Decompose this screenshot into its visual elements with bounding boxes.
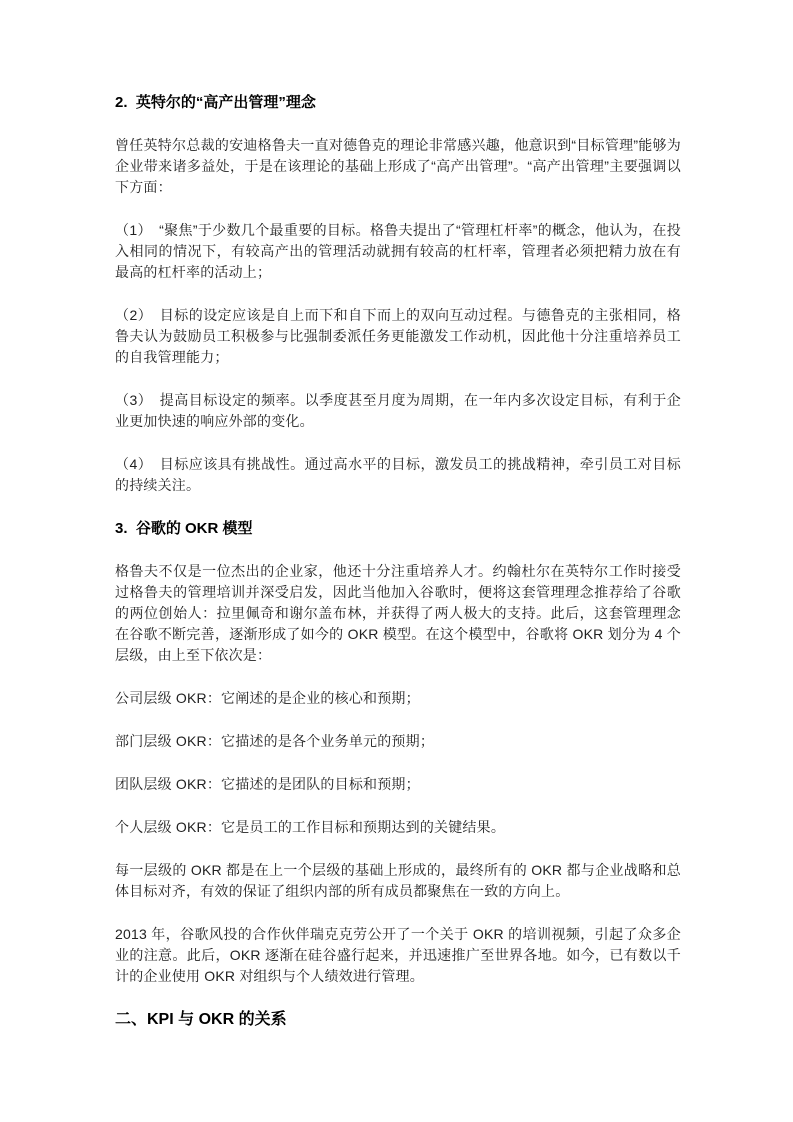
paragraph-okr-level-department: 部门层级 OKR：它描述的是各个业务单元的预期； — [115, 731, 681, 752]
paragraph-okr-popularity: 2013 年，谷歌风投的合作伙伴瑞克克劳公开了一个关于 OKR 的培训视频，引起… — [115, 924, 681, 987]
section-heading-kpi-vs-okr: 二、KPI 与 OKR 的关系 — [115, 1009, 681, 1031]
paragraph-google-intro: 格鲁夫不仅是一位杰出的企业家，他还十分注重培养人才。约翰杜尔在英特尔工作时接受过… — [115, 561, 681, 666]
document-page: 2. 英特尔的“高产出管理”理念 曾任英特尔总裁的安迪格鲁夫一直对德鲁克的理论非… — [0, 0, 793, 1122]
section-heading-intel-high-output: 2. 英特尔的“高产出管理”理念 — [115, 92, 681, 113]
paragraph-okr-level-team: 团队层级 OKR：它描述的是团队的目标和预期； — [115, 774, 681, 795]
paragraph-intel-point-2: （2） 目标的设定应该是自上而下和自下而上的双向互动过程。与德鲁克的主张相同，格… — [115, 305, 681, 368]
paragraph-okr-level-individual: 个人层级 OKR：它是员工的工作目标和预期达到的关键结果。 — [115, 817, 681, 838]
paragraph-okr-level-company: 公司层级 OKR：它阐述的是企业的核心和预期； — [115, 688, 681, 709]
paragraph-intel-point-4: （4） 目标应该具有挑战性。通过高水平的目标，激发员工的挑战精神，牵引员工对目标… — [115, 454, 681, 496]
paragraph-okr-alignment: 每一层级的 OKR 都是在上一个层级的基础上形成的，最终所有的 OKR 都与企业… — [115, 860, 681, 902]
paragraph-intel-point-3: （3） 提高目标设定的频率。以季度甚至月度为周期，在一年内多次设定目标，有利于企… — [115, 390, 681, 432]
paragraph-intel-point-1: （1） “聚焦”于少数几个最重要的目标。格鲁夫提出了“管理杠杆率”的概念，他认为… — [115, 220, 681, 283]
section-heading-google-okr-model: 3. 谷歌的 OKR 模型 — [115, 518, 681, 539]
paragraph-intel-intro: 曾任英特尔总裁的安迪格鲁夫一直对德鲁克的理论非常感兴趣，他意识到“目标管理”能够… — [115, 135, 681, 198]
